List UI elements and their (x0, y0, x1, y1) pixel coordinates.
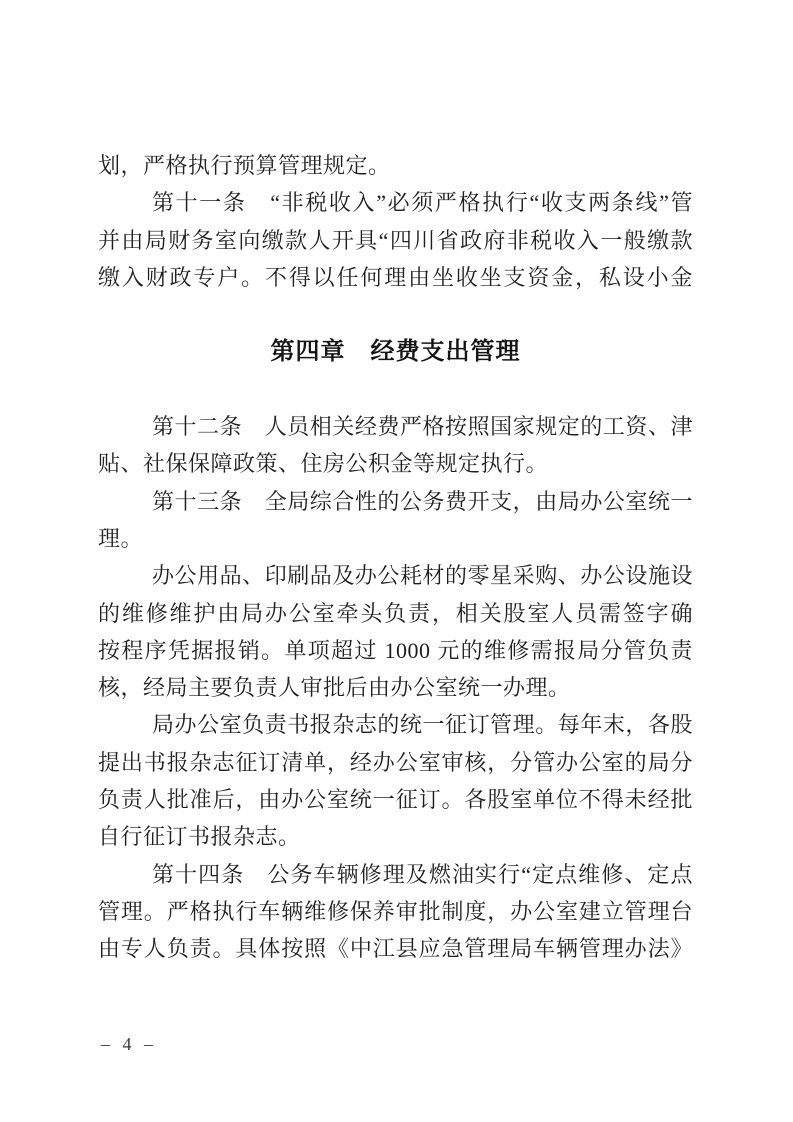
paragraph: 局办公室负责书报杂志的统一征订管理。每年末，各股室提出书报杂志征订清单，经办公室… (98, 706, 693, 855)
text-line: 理。 (98, 520, 693, 557)
document-body: 划，严格执行预算管理规定。第十一条 “非税收入”必须严格执行“收支两条线”管理，… (98, 147, 693, 968)
text-line: 第十一条 “非税收入”必须严格执行“收支两条线”管理， (98, 184, 693, 221)
paragraph: 办公用品、印刷品及办公耗材的零星采购、办公设施设备的维修维护由局办公室牵头负责，… (98, 557, 693, 706)
text-line: 提出书报杂志征订清单，经办公室审核，分管办公室的局分管 (98, 744, 693, 781)
chapter-heading: 第四章 经费支出管理 (98, 333, 693, 370)
text-line: 由专人负责。具体按照《中江县应急管理局车辆管理办法》执 (98, 930, 693, 967)
text-line: 办公用品、印刷品及办公耗材的零星采购、办公设施设备 (98, 557, 693, 594)
paragraph: 第十三条 全局综合性的公务费开支，由局办公室统一办理。 (98, 483, 693, 558)
document-page: 划，严格执行预算管理规定。第十一条 “非税收入”必须严格执行“收支两条线”管理，… (0, 0, 793, 1122)
text-line: 第十二条 人员相关经费严格按照国家规定的工资、津贴补 (98, 408, 693, 445)
paragraph: 第十一条 “非税收入”必须严格执行“收支两条线”管理，并由局财务室向缴款人开具“… (98, 184, 693, 296)
paragraph: 第十四条 公务车辆修理及燃油实行“定点维修、定点加油”管理。严格执行车辆维修保养… (98, 856, 693, 968)
text-line: 管理。严格执行车辆维修保养审批制度，办公室建立管理台账， (98, 893, 693, 930)
text-line: 第十三条 全局综合性的公务费开支，由局办公室统一办 (98, 483, 693, 520)
text-line: 按程序凭据报销。单项超过 1000 元的维修需报局分管负责人审 (98, 632, 693, 669)
text-line: 局办公室负责书报杂志的统一征订管理。每年末，各股室 (98, 706, 693, 743)
text-line: 负责人批准后，由办公室统一征订。各股室单位不得未经批准 (98, 781, 693, 818)
text-line: 缴入财政专户。不得以任何理由坐收坐支资金，私设小金库。 (98, 259, 693, 296)
text-line: 自行征订书报杂志。 (98, 818, 693, 855)
text-line: 划，严格执行预算管理规定。 (98, 147, 693, 184)
paragraph: 第十二条 人员相关经费严格按照国家规定的工资、津贴补贴、社保保障政策、住房公积金… (98, 408, 693, 483)
text-line: 第十四条 公务车辆修理及燃油实行“定点维修、定点加油” (98, 856, 693, 893)
text-line: 核，经局主要负责人审批后由办公室统一办理。 (98, 669, 693, 706)
text-line: 贴、社保保障政策、住房公积金等规定执行。 (98, 445, 693, 482)
text-line: 并由局财务室向缴款人开具“四川省政府非税收入一般缴款书” (98, 222, 693, 259)
text-line: 的维修维护由局办公室牵头负责，相关股室人员需签字确认， (98, 595, 693, 632)
page-number: – 4 – (101, 1034, 157, 1055)
paragraph: 划，严格执行预算管理规定。 (98, 147, 693, 184)
